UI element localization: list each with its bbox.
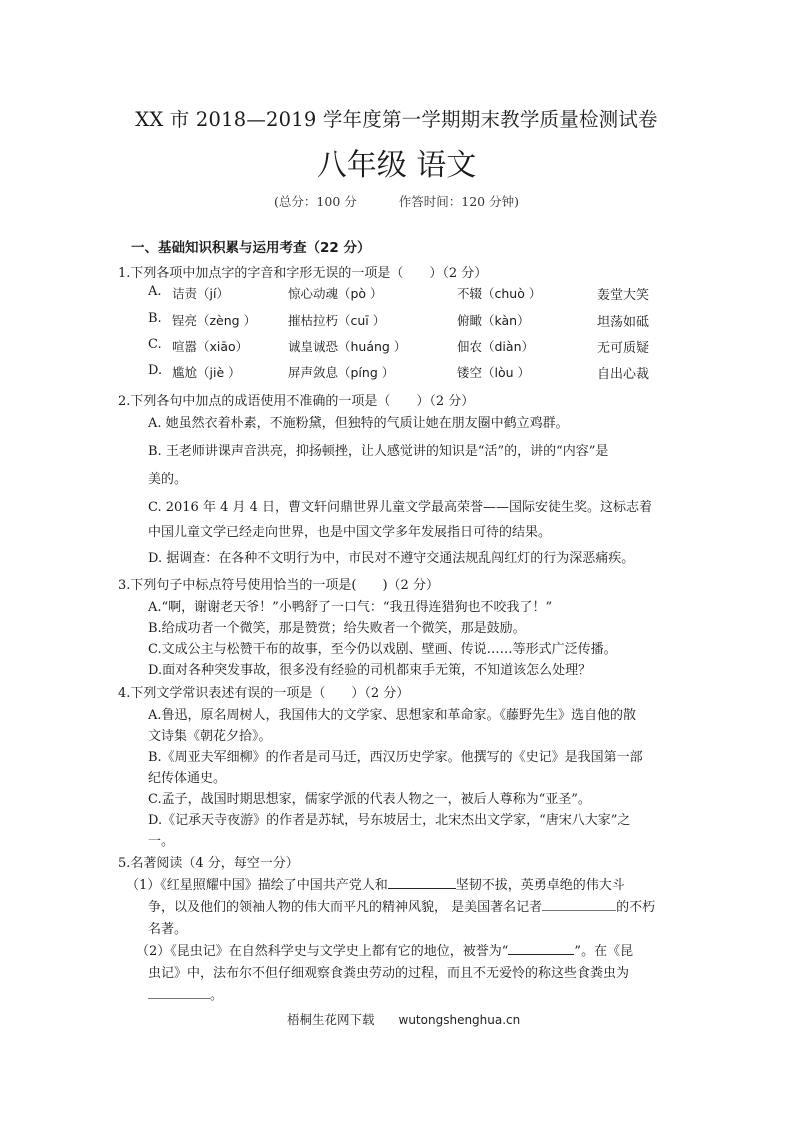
q5-part1-text-b: 坚韧不拔，英勇卓绝的伟大斗 [456,878,625,893]
q5-part1-text-a: （1）《红星照耀中国》描绘了中国共产党人和 [126,878,388,893]
question-5-stem: 5.名著阅读（4 分，每空一分） [118,852,299,871]
q1-option-a-c2: 惊心动魂（pò ） [288,284,383,302]
question-2-stem: 2.下列各句中加点的成语使用不准确的一项是（ ）（2 分） [118,390,474,409]
exam-title: XX 市 2018—2019 学年度第一学期期末教学质量检测试卷 [0,104,793,132]
exam-subtitle: 八年级 语文 [0,140,793,184]
q2-option-c-line1: C. 2016 年 4 月 4 日，曹文轩问鼎世界儿童文学最高荣誉——国际安徒生… [148,496,652,515]
q2-option-b-line1: B. 王老师讲课声音洪亮，抑扬顿挫，让人感觉讲的知识是“活”的，讲的“内容”是 [148,440,608,459]
q5-part2-text-a: （2）《昆虫记》在自然科学史与文学史上都有它的地位，被誉为“ [136,944,508,959]
exam-page: XX 市 2018—2019 学年度第一学期期末教学质量检测试卷 八年级 语文 … [0,0,793,1122]
q1-option-d-c1: 尴尬（jiè ） [172,363,241,381]
total-score: (总分：100 分 [274,194,357,209]
q4-option-b-line2: 纪传体通史。 [148,767,226,786]
q1-option-b-c2: 摧枯拉朽（cuī ） [288,311,385,329]
question-3-stem: 3.下列句子中标点符号使用恰当的一项是( )（2 分） [118,574,439,593]
exam-meta: (总分：100 分作答时间：120 分钟) [0,192,793,210]
q1-option-b-c1: 锃亮（zèng ） [172,311,256,329]
q5-part2-line2: 虫记》中，法布尔不但仔细观察食粪虫劳动的过程，而且不无爱怜的称这些食粪虫为 [148,962,629,981]
q4-option-a-line2: 文诗集《朝花夕拾》。 [148,725,272,744]
q4-option-c: C.孟子，战国时期思想家，儒家学派的代表人物之一，被后人尊称为“亚圣”。 [148,788,591,807]
q5-part1-text-d: 的不朽 [616,900,655,915]
q3-option-c: C.文成公主与松赞干布的故事，至今仍以戏剧、壁画、传说……等形式广泛传播。 [148,638,617,657]
exam-time: 作答时间：120 分钟) [399,194,519,209]
q2-option-b-line2: 美的。 [148,468,187,487]
q1-option-c-c1: 喧嚣（xiāo） [172,337,248,355]
answer-blank-4[interactable] [148,986,210,999]
footer-site-name: 梧桐生花网下载 [287,1012,375,1027]
q5-part2-text-d: 。 [210,988,223,1003]
q2-option-d: D. 据调查：在各种不文明行为中，市民对不遵守交通法规乱闯红灯的行为深恶痛疾。 [148,547,634,566]
q5-part1-line3: 名著。 [148,918,187,937]
q1-option-c-label: C. [148,337,162,352]
q1-option-a-c4: 轰堂大笑 [597,284,649,303]
q1-option-d-label: D. [148,363,162,378]
question-4-stem: 4.下列文学常识表述有误的一项是（ ）（2 分） [118,682,409,701]
q5-part2-line1: （2）《昆虫记》在自然科学史与文学史上都有它的地位，被誉为“”。在《昆 [136,940,633,959]
q4-option-d-line1: D.《记承天寺夜游》的作者是苏轼，号东坡居士，北宋杰出文学家，“唐宋八大家”之 [148,809,630,828]
answer-blank-1[interactable] [388,876,456,889]
q5-part2-line3: 。 [148,984,223,1003]
q1-option-d-c3: 镂空（lòu ） [457,363,530,381]
q4-option-b-line1: B.《周亚夫军细柳》的作者是司马迁，西汉历史学家。他撰写的《史记》是我国第一部 [148,746,643,765]
q1-option-c-c2: 诚皇诚恐（huáng ） [288,337,406,355]
answer-blank-2[interactable] [542,898,616,911]
q1-option-a-label: A. [148,284,162,299]
answer-blank-3[interactable] [508,942,574,955]
q3-option-d: D.面对各种突发事故，很多没有经验的司机都束手无策，不知道该怎么处理？ [148,659,591,678]
q2-option-a: A. 她虽然衣着朴素，不施粉黛，但独特的气质让她在朋友圈中鹤立鸡群。 [148,412,569,431]
q1-option-a-c1: 诘责（jí） [172,284,229,302]
question-1-stem: 1.下列各项中加点字的字音和字形无误的一项是（ ）（2 分） [118,262,487,281]
q1-option-b-label: B. [148,311,162,326]
q3-option-b: B.给成功者一个微笑，那是赞赏；给失败者一个微笑，那是鼓励。 [148,617,526,636]
q1-option-b-c3: 俯瞰（kàn） [457,311,530,329]
q1-option-a-c3: 不辍（chuò ） [457,284,541,302]
q4-option-d-line2: 一。 [148,830,174,849]
q1-option-c-c4: 无可质疑 [597,337,649,356]
q3-option-a: A.“啊，谢谢老天爷！”小鸭舒了一口气：“我丑得连猎狗也不咬我了！” [148,596,552,615]
q1-option-d-c2: 屏声敛息（píng ） [288,363,394,381]
q1-option-b-c4: 坦荡如砥 [597,311,649,330]
footer-url: wutongshenghua.cn [399,1013,521,1027]
q1-option-c-c3: 佃农（diàn） [457,337,534,355]
q5-part1-text-c: 争，以及他们的领袖人物的伟大而平凡的精神风貌， 是美国著名记者 [148,900,542,915]
q5-part1-line2: 争，以及他们的领袖人物的伟大而平凡的精神风貌， 是美国著名记者的不朽 [148,896,655,915]
q5-part1-line1: （1）《红星照耀中国》描绘了中国共产党人和坚韧不拔，英勇卓绝的伟大斗 [126,874,625,893]
q4-option-a-line1: A.鲁迅，原名周树人，我国伟大的文学家、思想家和革命家。《藤野先生》选自他的散 [148,704,636,723]
section-heading: 一、基础知识积累与运用考查（22 分） [131,236,371,256]
q5-part2-text-b: ”。在《昆 [574,944,633,959]
page-footer: 梧桐生花网下载wutongshenghua.cn [287,1010,520,1028]
q2-option-c-line2: 中国儿童文学已经走向世界，也是中国文学多年发展指日可待的结果。 [148,521,551,540]
q1-option-d-c4: 自出心裁 [597,363,649,382]
